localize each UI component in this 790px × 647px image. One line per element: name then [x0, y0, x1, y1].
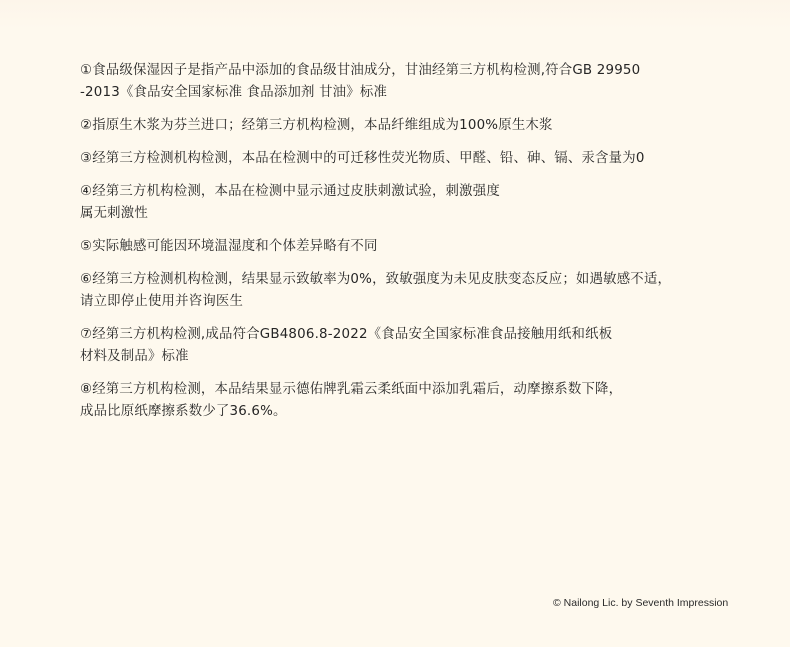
footnote-4-line-2: 属无刺激性: [80, 203, 720, 225]
footnote-4: ④经第三方机构检测，本品在检测中显示通过皮肤刺激试验，刺激强度 属无刺激性: [80, 181, 720, 225]
footnote-2-line-1: ②指原生木浆为芬兰进口；经第三方机构检测，本品纤维组成为100%原生木浆: [80, 115, 720, 137]
footnote-8-line-2: 成品比原纸摩擦系数少了36.6%。: [80, 401, 720, 423]
footnote-8: ⑧经第三方机构检测，本品结果显示德佑牌乳霜云柔纸面中添加乳霜后，动摩擦系数下降，…: [80, 379, 720, 423]
footnote-6-line-1: ⑥经第三方检测机构检测，结果显示致敏率为0%，致敏强度为未见皮肤变态反应；如遇敏…: [80, 269, 720, 291]
footnote-5-line-1: ⑤实际触感可能因环境温湿度和个体差异略有不同: [80, 236, 720, 258]
footnote-7-line-1: ⑦经第三方机构检测,成品符合GB4806.8-2022《食品安全国家标准食品接触…: [80, 324, 720, 346]
footnote-1-line-1: ①食品级保湿因子是指产品中添加的食品级甘油成分，甘油经第三方机构检测,符合GB …: [80, 60, 720, 82]
footnote-2: ②指原生木浆为芬兰进口；经第三方机构检测，本品纤维组成为100%原生木浆: [80, 115, 720, 137]
footnote-8-line-1: ⑧经第三方机构检测，本品结果显示德佑牌乳霜云柔纸面中添加乳霜后，动摩擦系数下降，: [80, 379, 720, 401]
footnote-3: ③经第三方检测机构检测，本品在检测中的可迁移性荧光物质、甲醛、铅、砷、镉、汞含量…: [80, 148, 720, 170]
footnote-5: ⑤实际触感可能因环境温湿度和个体差异略有不同: [80, 236, 720, 258]
footnote-7-line-2: 材料及制品》标准: [80, 346, 720, 368]
footnote-1-line-2: -2013《食品安全国家标准 食品添加剂 甘油》标准: [80, 82, 720, 104]
footnote-6: ⑥经第三方检测机构检测，结果显示致敏率为0%，致敏强度为未见皮肤变态反应；如遇敏…: [80, 269, 720, 313]
footnote-4-line-1: ④经第三方机构检测，本品在检测中显示通过皮肤刺激试验，刺激强度: [80, 181, 720, 203]
footnote-1: ①食品级保湿因子是指产品中添加的食品级甘油成分，甘油经第三方机构检测,符合GB …: [80, 60, 720, 104]
footnote-3-line-1: ③经第三方检测机构检测，本品在检测中的可迁移性荧光物质、甲醛、铅、砷、镉、汞含量…: [80, 148, 720, 170]
footnote-7: ⑦经第三方机构检测,成品符合GB4806.8-2022《食品安全国家标准食品接触…: [80, 324, 720, 368]
footnotes-list: ①食品级保湿因子是指产品中添加的食品级甘油成分，甘油经第三方机构检测,符合GB …: [80, 60, 720, 434]
footnote-6-line-2: 请立即停止使用并咨询医生: [80, 291, 720, 313]
top-fade-decoration: [0, 0, 790, 30]
copyright-notice: © Nailong Lic. by Seventh Impression: [553, 597, 728, 609]
